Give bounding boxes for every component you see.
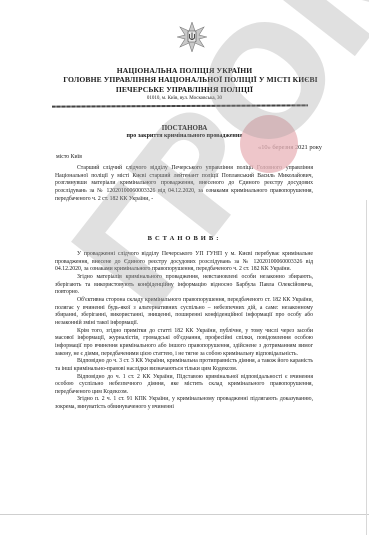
header-address: 01010, м. Київ, вул. Московська, 30 (0, 96, 369, 101)
red-stamp-circle (240, 115, 298, 173)
header-divider (52, 104, 308, 107)
header-line-1: НАЦІОНАЛЬНА ПОЛІЦІЯ УКРАЇНИ (0, 66, 369, 75)
police-star-emblem-icon (177, 22, 207, 52)
paragraph: Об'єктивна сторона складу кримінального … (55, 297, 313, 328)
paragraph: Згідно матеріалів кримінального провадже… (55, 274, 313, 297)
page-right-edge (366, 200, 367, 535)
paragraph: Відповідно до ч. 1 ст. 2 КК України, Під… (55, 374, 313, 397)
document-title: ПОСТАНОВА (0, 124, 369, 132)
document-subtitle: про закриття кримінального провадження (0, 133, 369, 139)
paragraph: Крім того, згідно примітки до статті 182… (55, 328, 313, 359)
document-city: місто Київ (56, 154, 82, 160)
section-heading: ВСТАНОВИВ: (0, 235, 369, 242)
paragraph: Відповідно до ч. 3 ст. 3 КК України, кри… (55, 358, 313, 373)
page-bottom-edge (0, 514, 369, 515)
document-page: НАЦІОНАЛЬНА ПОЛІЦІЯ УКРАЇНИ ГОЛОВНЕ УПРА… (0, 0, 369, 535)
header-line-2: ГОЛОВНЕ УПРАВЛІННЯ НАЦІОНАЛЬНОЇ ПОЛІЦІЇ … (6, 75, 369, 84)
paragraph: У провадженні слідчого відділу Печерсько… (55, 251, 313, 274)
paragraph: Згідно п. 2 ч. 1 ст. 91 КПК України, у к… (55, 396, 313, 411)
findings-block: У провадженні слідчого відділу Печерсько… (55, 251, 313, 412)
header-line-3: ПЕЧЕРСЬКЕ УПРАВЛІННЯ ПОЛІЦІЇ (0, 85, 369, 94)
